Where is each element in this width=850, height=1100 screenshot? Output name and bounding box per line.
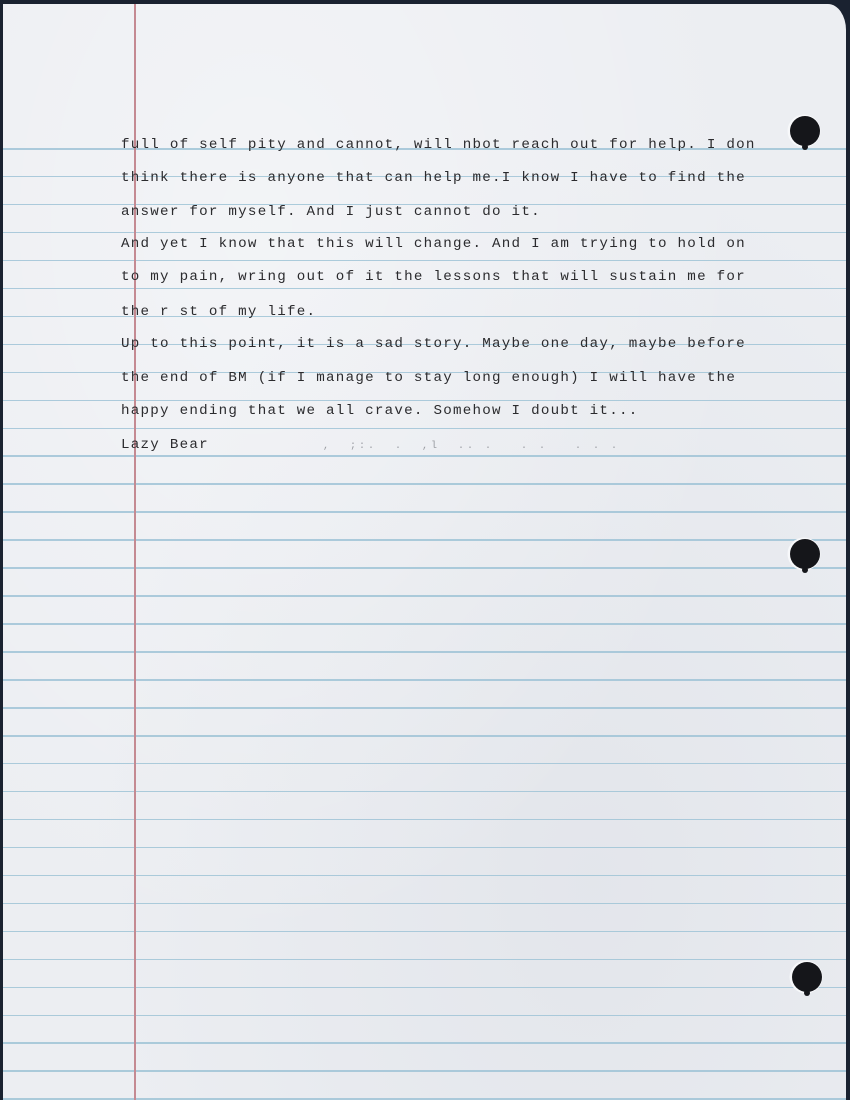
rule-line — [3, 931, 846, 933]
rule-line — [3, 651, 846, 653]
punch-hole-bottom — [792, 962, 822, 992]
rule-line — [3, 455, 846, 457]
rule-line — [3, 987, 846, 989]
rule-line — [3, 763, 846, 765]
rule-line — [3, 1015, 846, 1017]
rule-line — [3, 819, 846, 821]
rule-line — [3, 483, 846, 485]
rule-line — [3, 791, 846, 793]
rule-line — [3, 959, 846, 961]
text-line: think there is anyone that can help me.I… — [121, 170, 746, 186]
rule-line — [3, 260, 846, 262]
text-line: happy ending that we all crave. Somehow … — [121, 403, 639, 419]
faint-marks: , ;:. . ,l .. . . . . . . — [323, 441, 620, 452]
rule-line — [3, 511, 846, 513]
rule-line — [3, 595, 846, 597]
text-line: answer for myself. And I just cannot do … — [121, 204, 541, 220]
rule-line — [3, 1042, 846, 1044]
rule-line — [3, 903, 846, 905]
punch-hole-middle — [790, 539, 820, 569]
rule-line — [3, 847, 846, 849]
rule-line — [3, 428, 846, 430]
rule-line — [3, 539, 846, 541]
text-line: the r st of my life. — [121, 304, 316, 320]
rule-line — [3, 232, 846, 234]
rule-line — [3, 400, 846, 402]
text-line: And yet I know that this will change. An… — [121, 236, 746, 252]
rule-line — [3, 679, 846, 681]
rule-line — [3, 288, 846, 290]
margin-line — [134, 4, 136, 1100]
rule-line — [3, 707, 846, 709]
rule-line — [3, 875, 846, 877]
punch-hole-top — [790, 116, 820, 146]
rule-line — [3, 623, 846, 625]
rule-line — [3, 567, 846, 569]
rule-line — [3, 735, 846, 737]
notebook-paper: full of self pity and cannot, will nbot … — [3, 4, 846, 1100]
text-line: Up to this point, it is a sad story. May… — [121, 336, 746, 352]
signature: Lazy Bear — [121, 437, 209, 453]
text-line: the end of BM (if I manage to stay long … — [121, 370, 736, 386]
rule-line — [3, 1070, 846, 1072]
text-line: to my pain, wring out of it the lessons … — [121, 269, 746, 285]
text-line: full of self pity and cannot, will nbot … — [121, 137, 756, 153]
